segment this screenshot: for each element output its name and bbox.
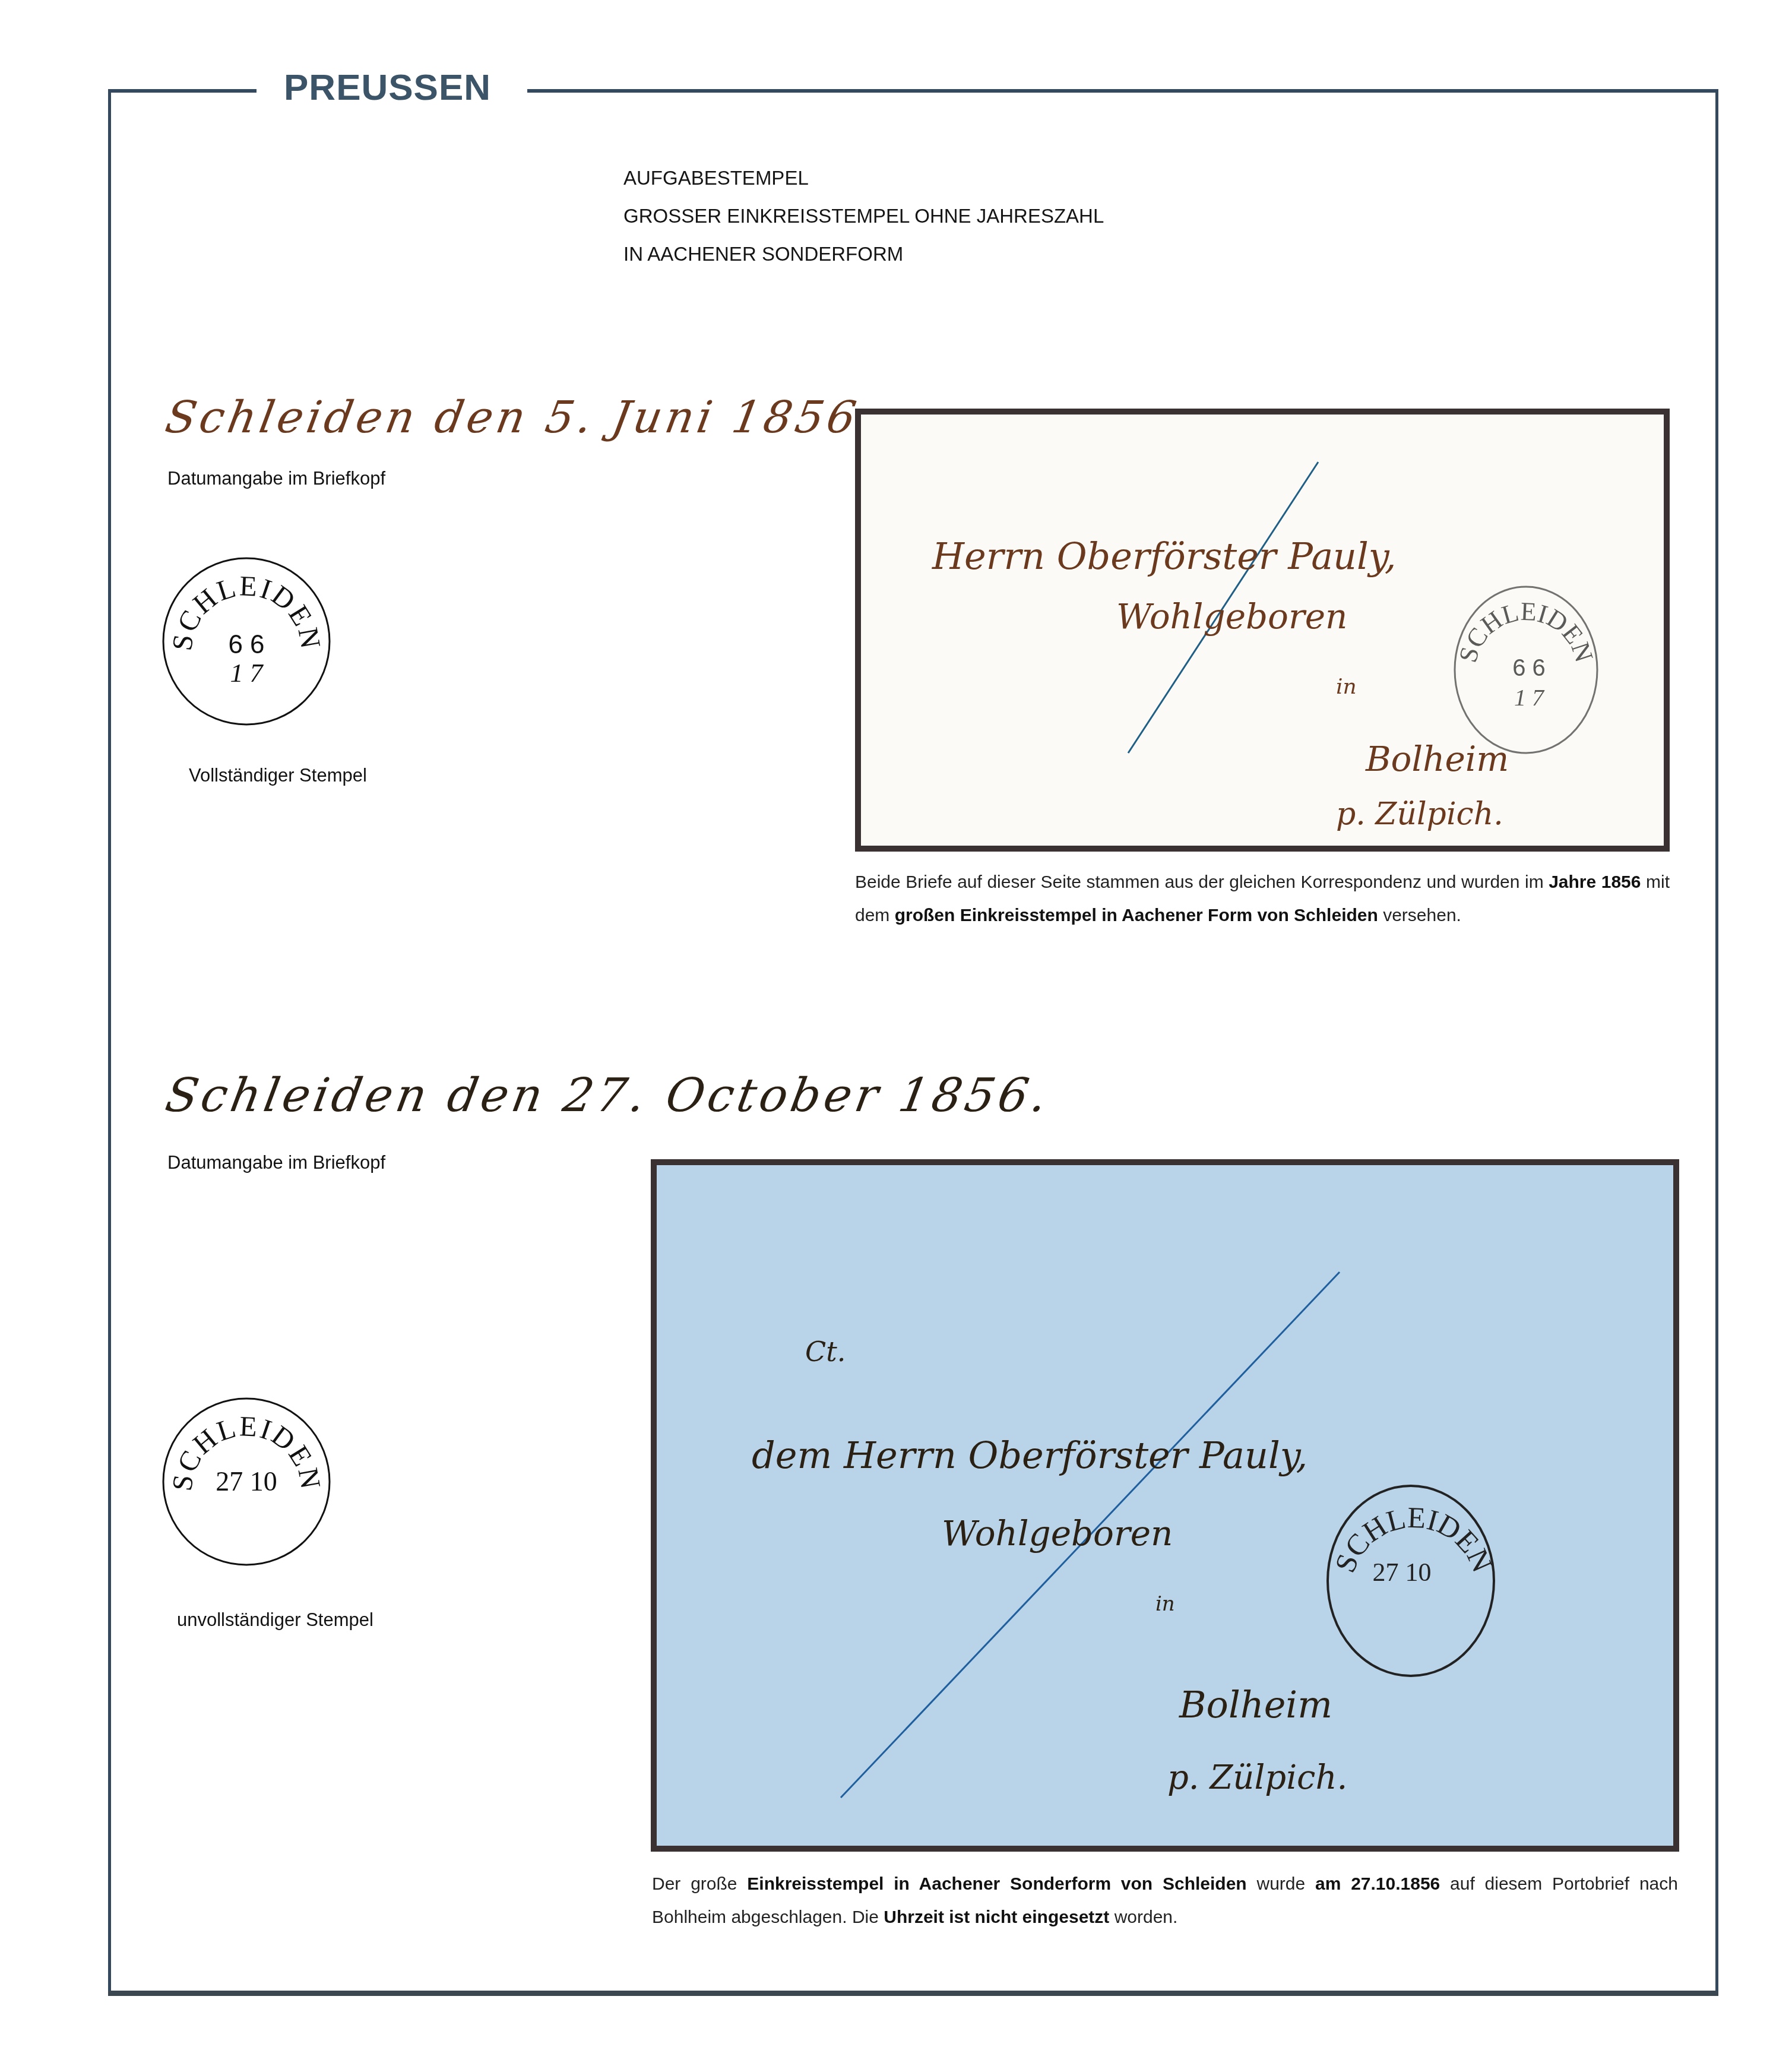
description-emphasis: am 27.10.1856 xyxy=(1315,1874,1440,1894)
svg-text:Bolheim: Bolheim xyxy=(1179,1683,1332,1726)
stamp-line1-1: 6 6 xyxy=(228,630,264,659)
stamp-line1-2: 27 10 xyxy=(216,1466,277,1497)
description-emphasis: großen Einkreisstempel in Aachener Form … xyxy=(895,906,1378,925)
letter-2-artwork: Ct. dem Herrn Oberförster Pauly, Wohlgeb… xyxy=(657,1165,1673,1846)
stamp-illustration-complete: SCHLEIDEN 6 6 1 7 xyxy=(157,552,335,730)
letter-cover-1: Herrn Oberförster Pauly, Wohlgeboren in … xyxy=(855,409,1670,852)
svg-text:Wohlgeboren: Wohlgeboren xyxy=(942,1513,1173,1554)
stamp-line2-1: 1 7 xyxy=(230,659,264,688)
description-text: Der große xyxy=(652,1874,747,1894)
svg-text:Bolheim: Bolheim xyxy=(1365,739,1509,779)
handwritten-date-1: Schleiden den 5. Juni 1856. xyxy=(162,392,881,443)
description-text: Beide Briefe auf dieser Seite stammen au… xyxy=(855,872,1549,892)
svg-text:Ct.: Ct. xyxy=(805,1336,846,1368)
svg-text:1 7: 1 7 xyxy=(1514,684,1545,711)
postmark-circle-icon: SCHLEIDEN 27 10 xyxy=(157,1393,335,1571)
svg-text:6 6: 6 6 xyxy=(1512,655,1546,681)
stamp-caption-2: unvollständiger Stempel xyxy=(177,1609,373,1631)
description-text: wurde xyxy=(1247,1874,1315,1894)
page-title: PREUSSEN xyxy=(284,64,491,112)
description-2: Der große Einkreisstempel in Aachener So… xyxy=(652,1868,1678,1934)
heading-line-2: GROSSER EINKREISSTEMPEL OHNE JAHRESZAHL xyxy=(623,197,1104,235)
page-heading: AUFGABESTEMPEL GROSSER EINKREISSTEMPEL O… xyxy=(623,159,1104,273)
handwritten-caption-2: Datumangabe im Briefkopf xyxy=(167,1152,385,1173)
description-emphasis: Einkreisstempel in Aachener Sonderform v… xyxy=(747,1874,1246,1894)
svg-text:Wohlgeboren: Wohlgeboren xyxy=(1116,596,1347,637)
svg-text:in: in xyxy=(1155,1592,1175,1616)
heading-line-1: AUFGABESTEMPEL xyxy=(623,159,1104,197)
handwritten-caption-1: Datumangabe im Briefkopf xyxy=(167,468,385,489)
svg-text:in: in xyxy=(1336,675,1357,699)
description-text: worden. xyxy=(1109,1907,1177,1927)
postmark-circle-icon: SCHLEIDEN 6 6 1 7 xyxy=(157,552,335,730)
heading-line-3: IN AACHENER SONDERFORM xyxy=(623,235,1104,273)
description-emphasis: Jahre 1856 xyxy=(1549,872,1641,892)
description-emphasis: Uhrzeit ist nicht eingesetzt xyxy=(884,1907,1109,1927)
svg-text:p. Zülpich.: p. Zülpich. xyxy=(1336,796,1503,832)
svg-text:27 10: 27 10 xyxy=(1373,1558,1432,1587)
description-text: versehen. xyxy=(1378,906,1461,925)
svg-text:dem Herrn Oberförster Pauly,: dem Herrn Oberförster Pauly, xyxy=(752,1434,1307,1477)
svg-text:p. Zülpich.: p. Zülpich. xyxy=(1167,1758,1347,1797)
frame-bottom-rule xyxy=(108,1991,1718,1996)
stamp-illustration-incomplete: SCHLEIDEN 27 10 xyxy=(157,1393,335,1571)
description-1: Beide Briefe auf dieser Seite stammen au… xyxy=(855,866,1670,932)
stamp-caption-1: Vollständiger Stempel xyxy=(189,765,367,786)
letter-cover-2: Ct. dem Herrn Oberförster Pauly, Wohlgeb… xyxy=(651,1159,1679,1852)
handwritten-date-2: Schleiden den 27. October 1856. xyxy=(162,1069,1055,1122)
letter-1-artwork: Herrn Oberförster Pauly, Wohlgeboren in … xyxy=(861,415,1664,846)
svg-text:Herrn Oberförster Pauly,: Herrn Oberförster Pauly, xyxy=(932,534,1396,578)
